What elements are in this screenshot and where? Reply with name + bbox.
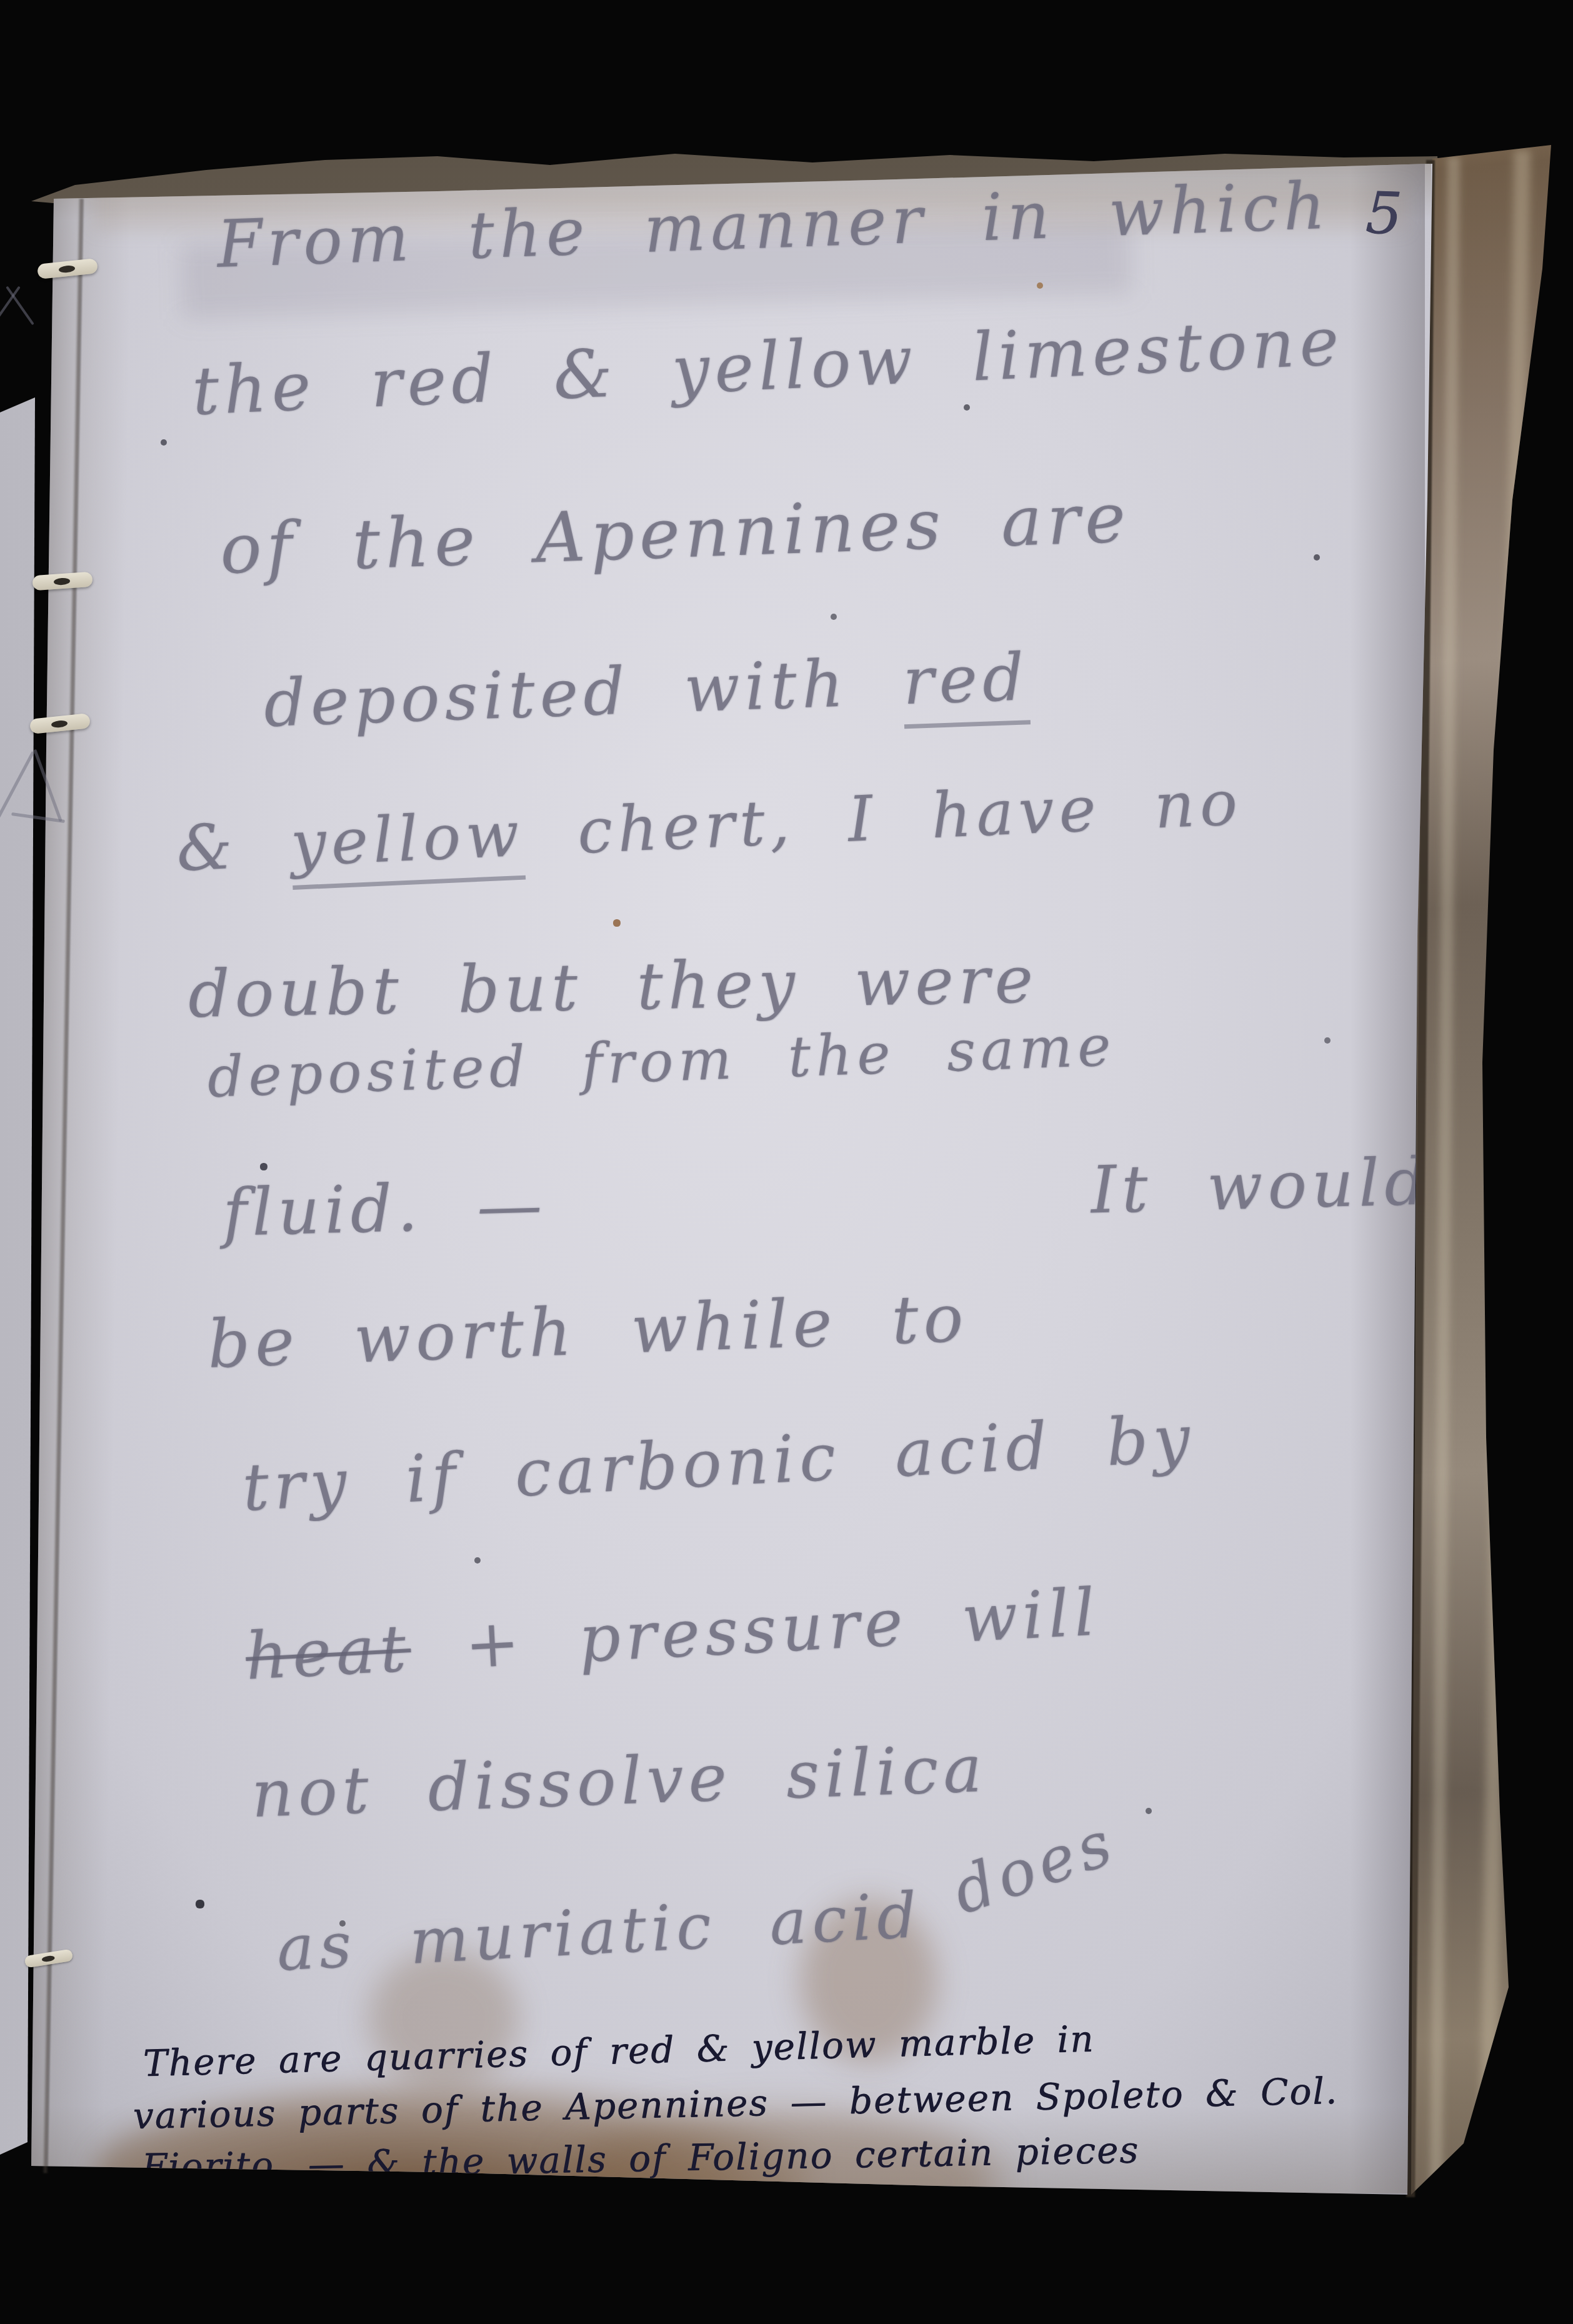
pencil-word-does: does [944,1805,1125,1928]
notebook-page: 5 From the manner in which the red & yel… [0,0,1573,2324]
stitch-hole [54,577,71,586]
pencil-line-2: the red & yellow limestone [191,303,1345,430]
ink-text: There are quarries of red & yellow marbl… [142,2017,1095,2085]
pencil-text: not dissolve silica [250,1730,988,1832]
pencil-text: chert, I have no [522,766,1244,870]
pencil-text: be worth while to [206,1280,969,1383]
underlined-word-yellow: yellow [289,797,526,890]
pencil-text: + pressure will [409,1573,1102,1686]
pencil-text: fluid. — It would [222,1143,1432,1251]
underlined-word-red: red [901,639,1031,729]
page-number: 5 [1364,179,1403,247]
pencil-line-4: deposited with red [262,639,1030,742]
pencil-text: deposited with [262,643,904,742]
struck-word-heat: heat [244,1610,412,1695]
stitch-hole [41,1955,55,1963]
pencil-line-10: try if carbonic acid by [241,1400,1197,1526]
pencil-text: try if carbonic acid by [241,1400,1197,1526]
pencil-line-13: as muriatic aciddoes [275,1867,1134,1985]
pencil-line-8: fluid. — It would [222,1143,1432,1251]
notebook-photo: 5 From the manner in which the red & yel… [0,0,1573,2324]
stitch-hole [59,265,76,274]
vellum-highlight [1479,150,1531,2150]
pencil-line-6: doubt but they were [187,941,1039,1032]
ink-line-1: There are quarries of red & yellow marbl… [142,2017,1095,2085]
pencil-text: of the Apennines are [219,477,1132,589]
vellum-highlight [1430,156,1460,2187]
pencil-line-5: & yellow chert, I have no [175,766,1244,885]
pencil-line-9: be worth while to [206,1280,969,1383]
pencil-line-11: heat + pressure will [244,1573,1102,1694]
pencil-line-3: of the Apennines are [219,477,1132,589]
pencil-text: the red & yellow limestone [191,303,1345,430]
stitch-hole [51,720,68,729]
pencil-line-12: not dissolve silica [250,1730,988,1832]
pencil-text: & [175,807,292,885]
ink-specks [0,0,2,2]
pencil-text: doubt but they were [187,941,1039,1032]
